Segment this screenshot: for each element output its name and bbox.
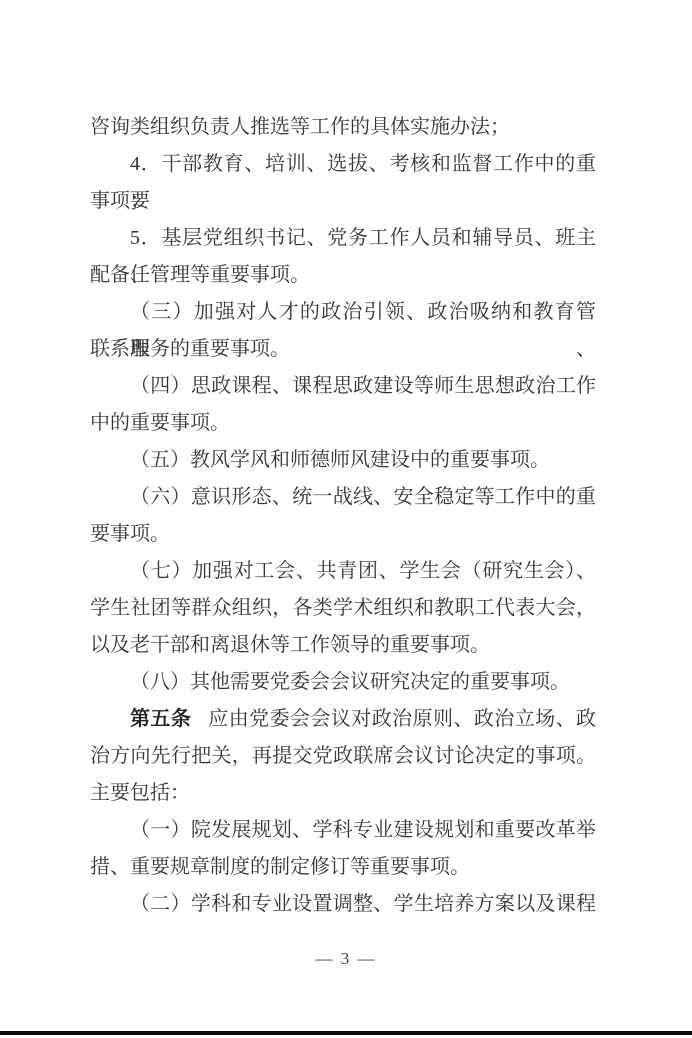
text-line: （八）其他需要党委会会议研究决定的重要事项。 <box>90 664 596 701</box>
scan-bottom-edge-line <box>0 1031 692 1035</box>
text-line: 4．干部教育、培训、选拔、考核和监督工作中的重要 <box>90 146 596 183</box>
text-line: 以及老干部和离退休等工作领导的重要事项。 <box>90 627 596 664</box>
text-line: 事项； <box>90 183 596 220</box>
clause-keyword: 第五条 <box>130 708 191 730</box>
text-line: （五）教风学风和师德师风建设中的重要事项。 <box>90 442 596 479</box>
text-line: （三）加强对人才的政治引领、政治吸纳和教育管理、 <box>90 294 596 331</box>
text-line: 主要包括： <box>90 775 596 812</box>
text-line: （六）意识形态、统一战线、安全稳定等工作中的重 <box>90 479 596 516</box>
text-line: （二）学科和专业设置调整、学生培养方案以及课程 <box>90 886 596 923</box>
text-line: 咨询类组织负责人推选等工作的具体实施办法； <box>90 109 596 146</box>
clause-text: 应由党委会会议对政治原则、政治立场、政 <box>208 708 596 730</box>
text-line: （七）加强对工会、共青团、学生会（研究生会）、 <box>90 553 596 590</box>
text-line: 5．基层党组织书记、党务工作人员和辅导员、班主任 <box>90 220 596 257</box>
text-line: （四）思政课程、课程思政建设等师生思想政治工作 <box>90 368 596 405</box>
text-line: 治方向先行把关，再提交党政联席会议讨论决定的事项。 <box>90 738 596 775</box>
text-block: 咨询类组织负责人推选等工作的具体实施办法； 4．干部教育、培训、选拔、考核和监督… <box>90 109 596 923</box>
text-line: 要事项。 <box>90 516 596 553</box>
text-line: 中的重要事项。 <box>90 405 596 442</box>
text-line: 措、重要规章制度的制定修订等重要事项。 <box>90 849 596 886</box>
text-line: 配备、管理等重要事项。 <box>90 257 596 294</box>
text-line: 学生社团等群众组织，各类学术组织和教职工代表大会， <box>90 590 596 627</box>
text-line: 第五条应由党委会会议对政治原则、政治立场、政 <box>90 701 596 738</box>
page-number: — 3 — <box>0 948 692 970</box>
text-line: （一）院发展规划、学科专业建设规划和重要改革举 <box>90 812 596 849</box>
document-page: 咨询类组织负责人推选等工作的具体实施办法； 4．干部教育、培训、选拔、考核和监督… <box>0 0 692 1038</box>
